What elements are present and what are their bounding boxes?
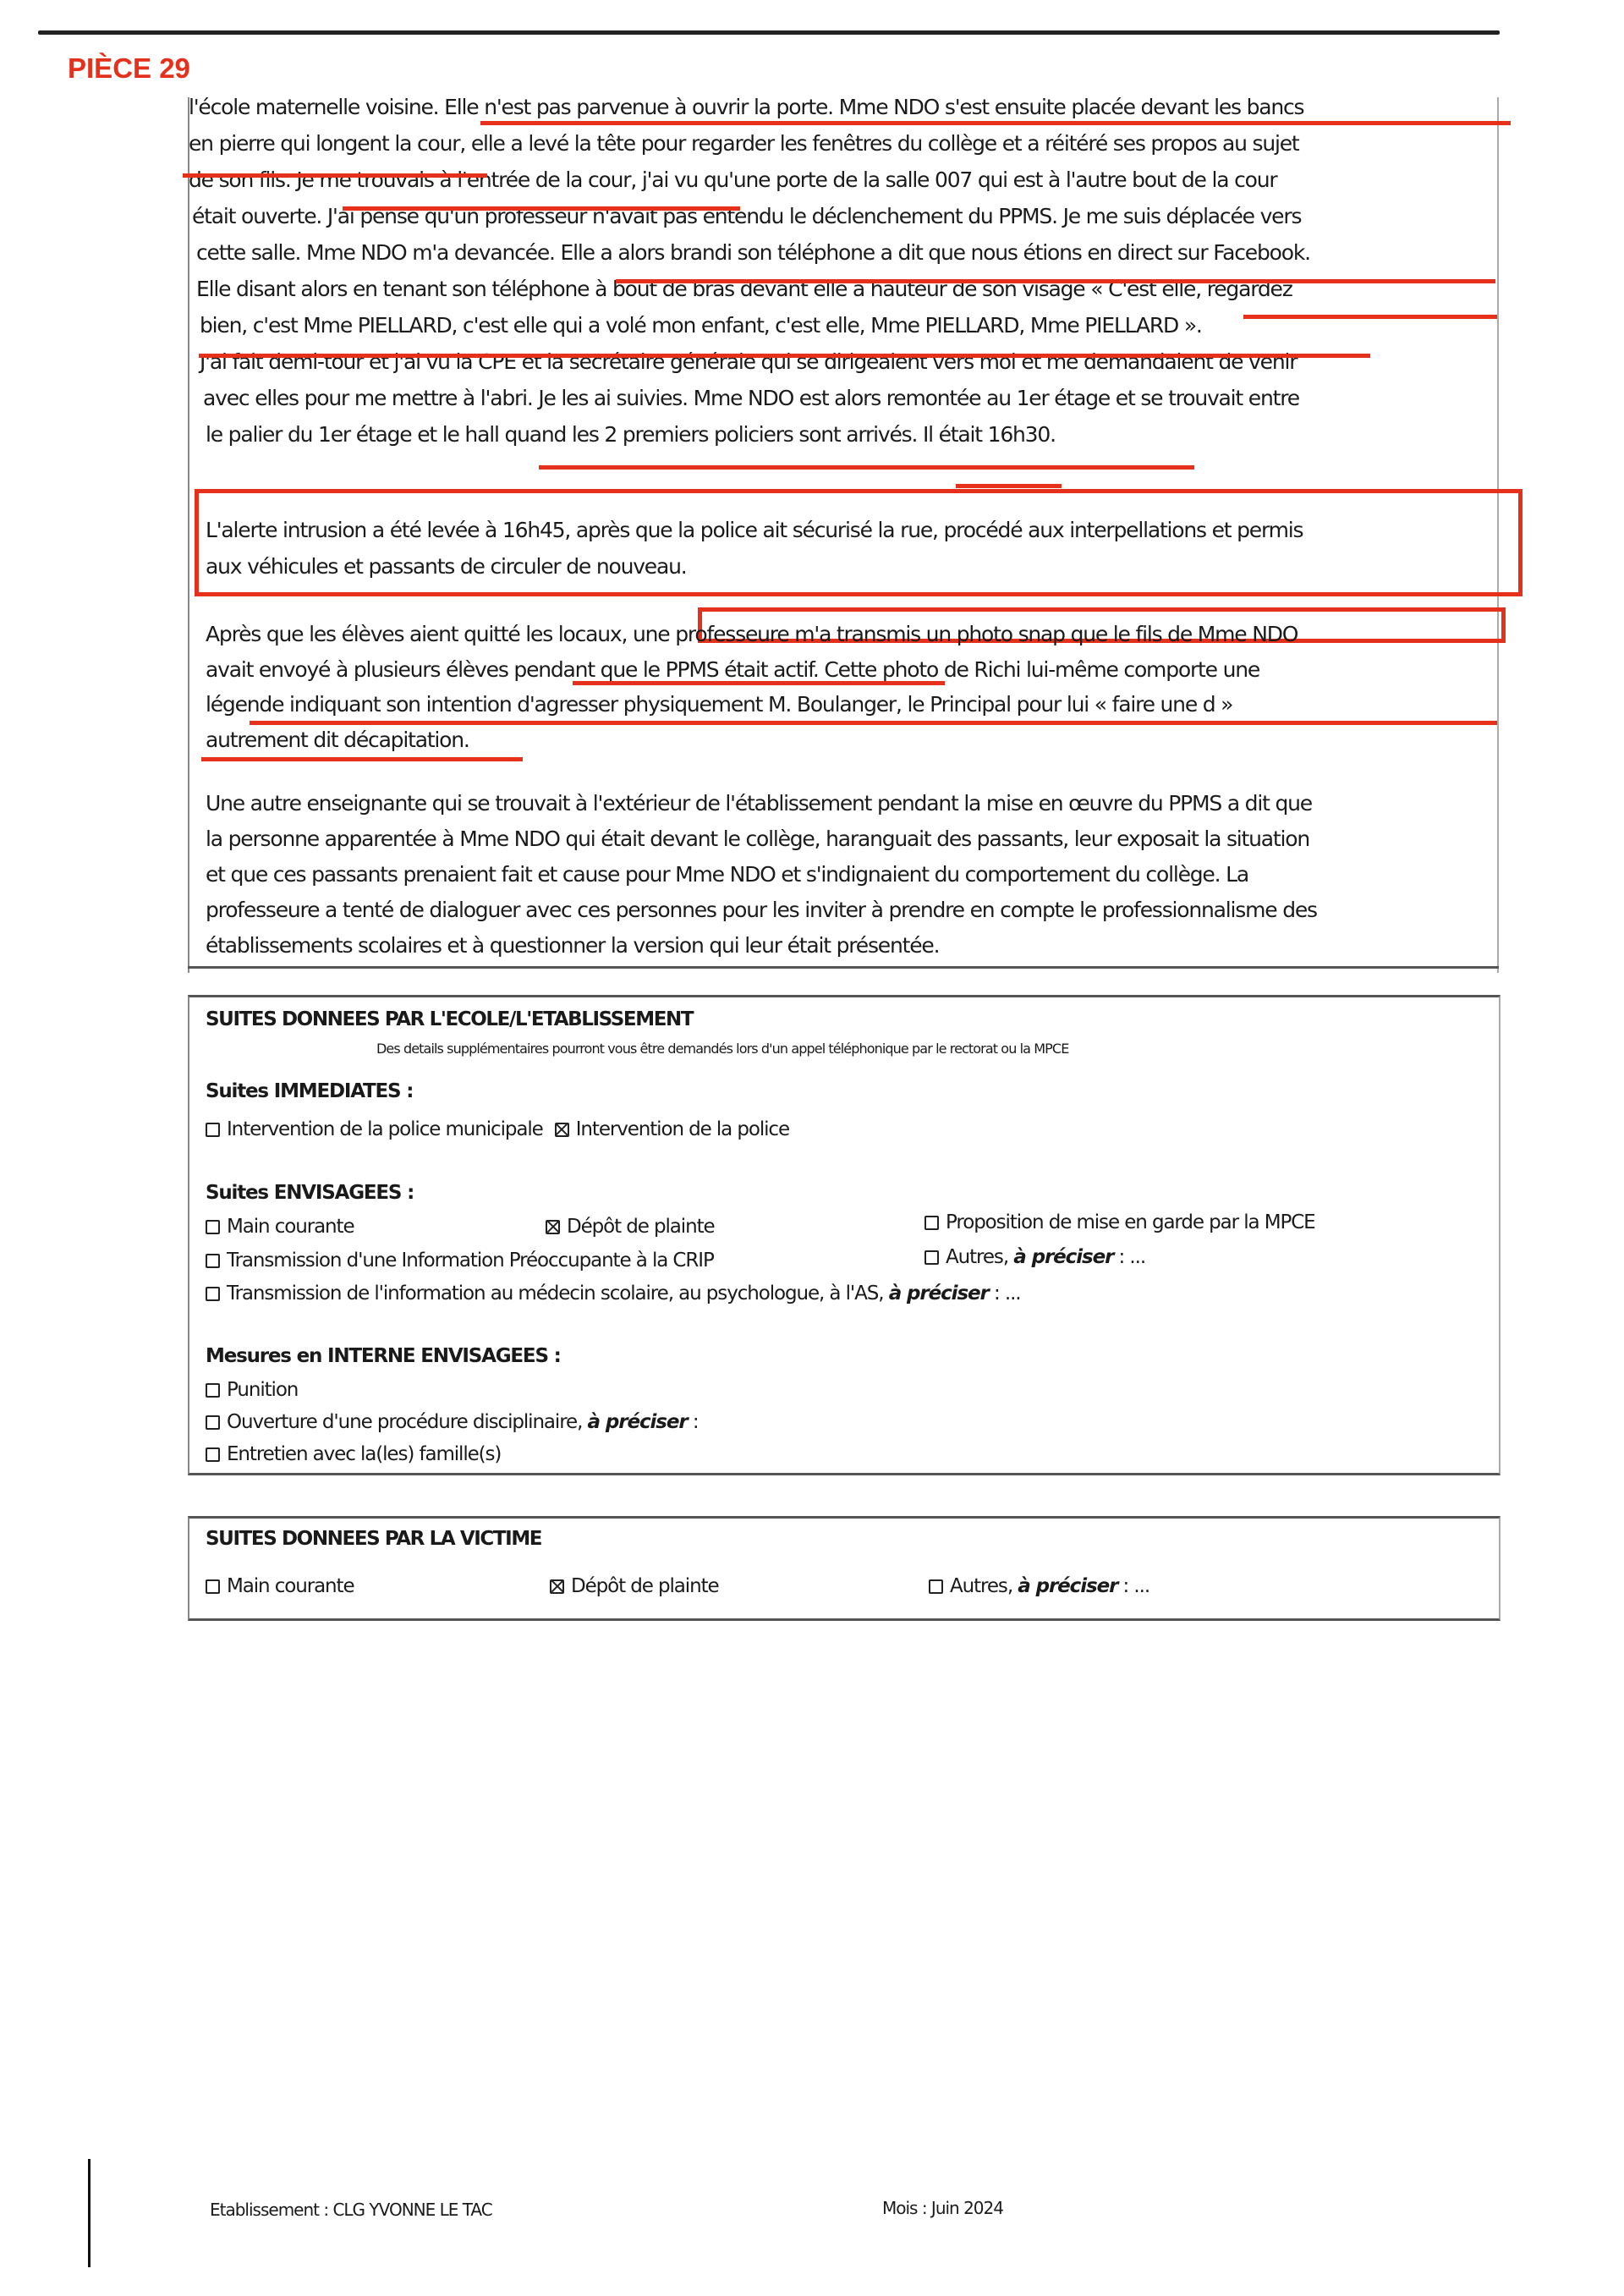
teacher-line: Une autre enseignante qui se trouvait à …	[206, 791, 1312, 816]
underline-mark	[201, 757, 523, 761]
checkbox-unchecked-icon[interactable]	[206, 1254, 220, 1268]
option-emphasis: à préciser	[1013, 1246, 1113, 1268]
photo-line: avait envoyé à plusieurs élèves pendant …	[206, 657, 1259, 682]
school-section-note: Des details supplémentaires pourront vou…	[376, 1041, 1068, 1057]
checkbox-police-municipale[interactable]: Intervention de la police municipale Int…	[206, 1118, 789, 1140]
underline-mark	[480, 121, 1511, 125]
photo-line: légende indiquant son intention d'agress…	[206, 692, 1232, 717]
option-label: Main courante	[227, 1575, 354, 1597]
checkbox-main-courante[interactable]: Main courante	[206, 1216, 354, 1238]
alert-highlight-box	[195, 489, 1522, 596]
option-label: Main courante	[227, 1216, 354, 1238]
teacher-line: la personne apparentée à Mme NDO qui éta…	[206, 827, 1309, 851]
checkbox-unchecked-icon[interactable]	[206, 1220, 220, 1234]
option-emphasis: à préciser	[1018, 1575, 1117, 1597]
checkbox-punition[interactable]: Punition	[206, 1379, 298, 1401]
checkbox-unchecked-icon[interactable]	[924, 1250, 939, 1265]
checkbox-unchecked-icon[interactable]	[206, 1383, 220, 1398]
option-label: Dépôt de plainte	[567, 1216, 715, 1238]
checkbox-victim-depot-plainte[interactable]: Dépôt de plainte	[550, 1575, 719, 1597]
immediate-title: Suites IMMEDIATES :	[206, 1080, 413, 1102]
narrative-line: de son fils. Je me trouvais à l'entrée d…	[189, 168, 1276, 192]
margin-bar	[88, 2159, 91, 2267]
top-rule	[38, 30, 1500, 35]
photo-line: autrement dit décapitation.	[206, 728, 469, 752]
checkbox-crip[interactable]: Transmission d'une Information Préoccupa…	[206, 1250, 714, 1272]
option-label: Intervention de la police municipale	[227, 1118, 543, 1140]
checkbox-entretien-famille[interactable]: Entretien avec la(les) famille(s)	[206, 1443, 501, 1465]
narrative-line: cette salle. Mme NDO m'a devancée. Elle …	[196, 240, 1310, 265]
checkbox-mise-en-garde[interactable]: Proposition de mise en garde par la MPCE	[924, 1211, 1315, 1233]
checkbox-medecin-scolaire[interactable]: Transmission de l'information au médecin…	[206, 1283, 1021, 1305]
option-label: Punition	[227, 1379, 298, 1401]
checkbox-checked-icon[interactable]	[555, 1123, 569, 1137]
checkbox-unchecked-icon[interactable]	[206, 1579, 220, 1594]
checkbox-unchecked-icon[interactable]	[929, 1579, 943, 1594]
narrative-line: en pierre qui longent la cour, elle a le…	[189, 131, 1299, 156]
checkbox-victim-autres[interactable]: Autres, à préciser : ...	[929, 1575, 1149, 1597]
option-label: Transmission d'une Information Préoccupa…	[227, 1250, 714, 1272]
narrative-line: le palier du 1er étage et le hall quand …	[206, 422, 1056, 447]
photo-line: Après que les élèves aient quitté les lo…	[206, 622, 1298, 646]
checkbox-unchecked-icon[interactable]	[206, 1123, 220, 1137]
underline-mark	[250, 721, 1497, 725]
checkbox-unchecked-icon[interactable]	[924, 1216, 939, 1230]
underline-mark	[616, 279, 1495, 283]
option-suffix: : ...	[989, 1283, 1021, 1305]
checkbox-depot-plainte[interactable]: Dépôt de plainte	[546, 1216, 715, 1238]
underline-mark	[1243, 315, 1497, 319]
planned-title: Suites ENVISAGEES :	[206, 1182, 414, 1204]
option-label: Autres,	[950, 1575, 1012, 1597]
victim-section-title: SUITES DONNEES PAR LA VICTIME	[206, 1528, 541, 1550]
option-label: Entretien avec la(les) famille(s)	[227, 1443, 501, 1465]
checkbox-checked-icon[interactable]	[546, 1220, 560, 1234]
option-emphasis: à préciser	[889, 1283, 989, 1305]
checkbox-autres[interactable]: Autres, à préciser : ...	[924, 1246, 1145, 1268]
checkbox-unchecked-icon[interactable]	[206, 1287, 220, 1301]
underline-mark	[539, 465, 1194, 470]
internal-title: Mesures en INTERNE ENVISAGEES :	[206, 1345, 561, 1367]
option-suffix: :	[688, 1411, 699, 1433]
checkbox-checked-icon[interactable]	[550, 1579, 564, 1594]
footer-establishment: Etablissement : CLG YVONNE LE TAC	[210, 2200, 492, 2220]
checkbox-procedure-disciplinaire[interactable]: Ouverture d'une procédure disciplinaire,…	[206, 1411, 699, 1433]
checkbox-unchecked-icon[interactable]	[206, 1415, 220, 1430]
option-label: Autres,	[946, 1246, 1008, 1268]
narrative-line: bien, c'est Mme PIELLARD, c'est elle qui…	[200, 313, 1202, 338]
option-suffix: : ...	[1113, 1246, 1145, 1268]
teacher-line: professeure a tenté de dialoguer avec ce…	[206, 898, 1317, 922]
narrative-line: l'école maternelle voisine. Elle n'est p…	[189, 95, 1303, 119]
option-label: Dépôt de plainte	[571, 1575, 719, 1597]
teacher-line: et que ces passants prenaient fait et ca…	[206, 862, 1248, 887]
underline-mark	[956, 484, 1062, 488]
option-suffix: : ...	[1117, 1575, 1149, 1597]
option-label: Proposition de mise en garde par la MPCE	[946, 1211, 1315, 1233]
footer-month: Mois : Juin 2024	[882, 2198, 1003, 2218]
underline-mark	[183, 173, 487, 178]
alert-line: L'alerte intrusion a été levée à 16h45, …	[206, 518, 1303, 542]
underline-mark	[343, 206, 740, 211]
frame-left-border	[188, 97, 189, 973]
option-emphasis: à préciser	[588, 1411, 688, 1433]
checkbox-victim-main-courante[interactable]: Main courante	[206, 1575, 354, 1597]
frame-bottom-border	[188, 966, 1499, 969]
underline-mark	[199, 354, 1370, 358]
narrative-line: avec elles pour me mettre à l'abri. Je l…	[203, 386, 1299, 410]
checkbox-unchecked-icon[interactable]	[206, 1447, 220, 1462]
school-section-title: SUITES DONNEES PAR L'ECOLE/L'ETABLISSEME…	[206, 1008, 693, 1030]
school-followup-section	[188, 995, 1501, 1475]
option-label: Transmission de l'information au médecin…	[227, 1283, 883, 1305]
option-label: Ouverture d'une procédure disciplinaire,	[227, 1411, 582, 1433]
teacher-line: établissements scolaires et à questionne…	[206, 933, 939, 958]
option-label: Intervention de la police	[576, 1118, 789, 1140]
piece-label: PIÈCE 29	[68, 52, 190, 85]
alert-line: aux véhicules et passants de circuler de…	[206, 554, 687, 579]
